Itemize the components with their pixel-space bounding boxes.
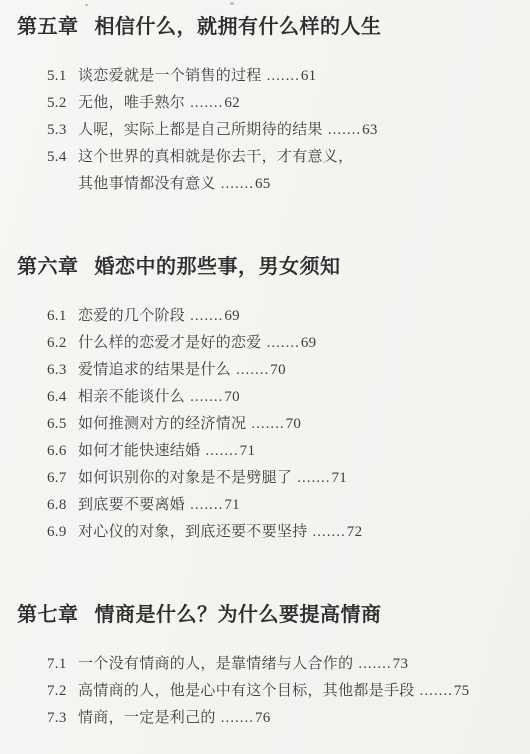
page-number: 70 [224,389,240,405]
dot-leader: ....... [267,68,300,84]
toc-item-title: 相亲不能谈什么 [78,389,185,405]
dot-leader: ....... [251,416,284,432]
page-number: 63 [362,122,378,138]
toc-item: 5.3人呢，实际上都是自己所期待的结果.......63 [47,117,530,144]
page-number: 70 [270,362,286,378]
toc-item-number: 6.1 [47,303,67,330]
page-number: 76 [255,710,271,726]
toc-item-title: 情商，一定是利己的 [78,710,216,726]
toc-item: 6.3爱情追求的结果是什么.......70 [47,357,530,384]
toc-item-number: 6.9 [47,519,67,546]
scan-speck [230,2,234,5]
page-number: 70 [286,416,302,432]
toc-item-number: 5.4 [47,144,67,171]
dot-leader: ....... [190,497,223,513]
toc-item-title: 这个世界的真相就是你去干，才有意义，其他事情都没有意义 [78,149,353,192]
page-number: 73 [393,656,409,672]
toc-item-number: 7.2 [47,678,67,705]
dot-leader: ....... [267,335,300,351]
toc-page: 第五章相信什么，就拥有什么样的人生5.1谈恋爱就是一个销售的过程.......6… [0,0,530,754]
toc-item-number: 5.2 [47,90,67,117]
chapter-section: 第六章婚恋中的那些事，男女须知6.1恋爱的几个阶段.......696.2什么样… [0,254,530,546]
page-number: 75 [454,683,470,699]
toc-item-title: 人呢，实际上都是自己所期待的结果 [78,122,323,138]
toc-item-number: 6.8 [47,492,67,519]
chapter-section: 第五章相信什么，就拥有什么样的人生5.1谈恋爱就是一个销售的过程.......6… [0,14,530,198]
dot-leader: ....... [358,656,391,672]
toc-item: 6.9对心仪的对象，到底还要不要坚持.......72 [47,519,530,546]
dot-leader: ....... [420,683,453,699]
toc-item-title: 如何才能快速结婚 [78,443,200,459]
dot-leader: ....... [190,389,223,405]
page-number: 65 [255,176,271,192]
chapter-title: 相信什么，就拥有什么样的人生 [95,16,382,38]
dot-leader: ....... [205,443,238,459]
toc-item: 6.8到底要不要离婚.......71 [47,492,530,519]
page-number: 71 [240,443,256,459]
dot-leader: ....... [221,710,254,726]
toc-item-number: 6.7 [47,465,67,492]
toc-item-number: 6.2 [47,330,67,357]
toc-item-title: 到底要不要离婚 [78,497,185,513]
chapter-heading: 第七章情商是什么？为什么要提高情商 [17,602,530,628]
toc-item: 6.4相亲不能谈什么.......70 [47,384,530,411]
toc-item-title: 高情商的人，他是心中有这个目标，其他都是手段 [78,683,415,699]
dot-leader: ....... [190,95,223,111]
toc-item: 6.5如何推测对方的经济情况.......70 [47,411,530,438]
toc-item: 5.2无他，唯手熟尔.......62 [47,90,530,117]
toc-item-title: 什么样的恋爱才是好的恋爱 [78,335,262,351]
chapter-label: 第五章 [17,16,79,38]
chapter-items: 5.1谈恋爱就是一个销售的过程.......615.2无他，唯手熟尔......… [47,63,530,198]
chapter-label: 第六章 [17,256,79,278]
toc-item-number: 6.6 [47,438,67,465]
toc-item: 7.1一个没有情商的人，是靠情绪与人合作的.......73 [47,651,530,678]
chapter-items: 7.1一个没有情商的人，是靠情绪与人合作的.......737.2高情商的人，他… [47,651,530,732]
toc: 第五章相信什么，就拥有什么样的人生5.1谈恋爱就是一个销售的过程.......6… [0,14,530,732]
toc-item-title: 如何识别你的对象是不是劈腿了 [78,470,292,486]
toc-item-number: 5.3 [47,117,67,144]
toc-item-title: 恋爱的几个阶段 [78,308,185,324]
toc-item: 7.2高情商的人，他是心中有这个目标，其他都是手段.......75 [47,678,530,705]
toc-item-number: 5.1 [47,63,67,90]
page-number: 69 [301,335,317,351]
page-number: 61 [301,68,317,84]
dot-leader: ....... [221,176,254,192]
toc-item-title: 如何推测对方的经济情况 [78,416,246,432]
toc-item-number: 7.1 [47,651,67,678]
chapter-title: 婚恋中的那些事，男女须知 [95,256,341,278]
chapter-title: 情商是什么？为什么要提高情商 [95,604,382,626]
toc-item: 5.1谈恋爱就是一个销售的过程.......61 [47,63,530,90]
chapter-items: 6.1恋爱的几个阶段.......696.2什么样的恋爱才是好的恋爱......… [47,303,530,546]
chapter-section: 第七章情商是什么？为什么要提高情商7.1一个没有情商的人，是靠情绪与人合作的..… [0,602,530,732]
page-number: 71 [331,470,347,486]
toc-item: 7.3情商，一定是利己的.......76 [47,705,530,732]
toc-item: 6.1恋爱的几个阶段.......69 [47,303,530,330]
chapter-label: 第七章 [17,604,79,626]
toc-item-title: 一个没有情商的人，是靠情绪与人合作的 [78,656,353,672]
chapter-heading: 第五章相信什么，就拥有什么样的人生 [17,14,530,40]
page-number: 69 [224,308,240,324]
toc-item-title: 对心仪的对象，到底还要不要坚持 [78,524,308,540]
dot-leader: ....... [236,362,269,378]
scan-speck [85,4,88,6]
chapter-heading: 第六章婚恋中的那些事，男女须知 [17,254,530,280]
toc-item-number: 6.5 [47,411,67,438]
toc-item-number: 6.3 [47,357,67,384]
toc-item-title: 无他，唯手熟尔 [78,95,185,111]
toc-item: 6.7如何识别你的对象是不是劈腿了.......71 [47,465,530,492]
page-number: 71 [224,497,240,513]
dot-leader: ....... [328,122,361,138]
toc-item-title: 谈恋爱就是一个销售的过程 [78,68,262,84]
toc-item-title: 爱情追求的结果是什么 [78,362,231,378]
toc-item: 5.4这个世界的真相就是你去干，才有意义，其他事情都没有意义.......65 [47,144,530,198]
dot-leader: ....... [297,470,330,486]
toc-item: 6.6如何才能快速结婚.......71 [47,438,530,465]
toc-item-number: 6.4 [47,384,67,411]
page-number: 72 [347,524,363,540]
toc-item: 6.2什么样的恋爱才是好的恋爱.......69 [47,330,530,357]
toc-item-number: 7.3 [47,705,67,732]
dot-leader: ....... [313,524,346,540]
page-number: 62 [224,95,240,111]
dot-leader: ....... [190,308,223,324]
